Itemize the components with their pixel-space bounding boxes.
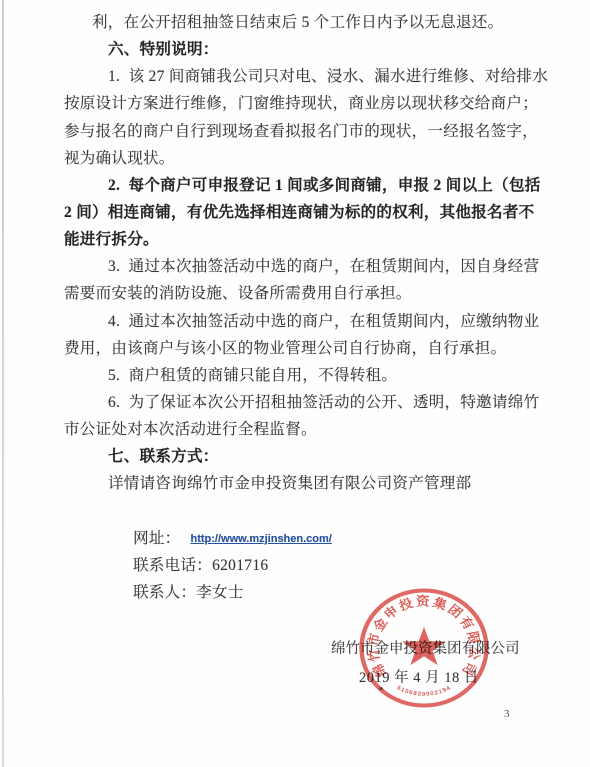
- item3-line: 3. 通过本次抽签活动中选的商户，在租赁期间内，因自身经营: [64, 253, 534, 280]
- document-page: 利，在公开招租抽签日结束后 5 个工作日内予以无息退还。 六、特别说明： 1. …: [0, 0, 590, 767]
- phone-number: 6201716: [212, 557, 268, 574]
- svg-text:5106839002194: 5106839002194: [396, 685, 453, 697]
- website-line: 网址：http://www.mzjinshen.com/: [64, 498, 534, 525]
- page-number: 3: [504, 708, 510, 720]
- item4-line: 4. 通过本次抽签活动中选的商户，在租赁期间内，应缴纳物业: [64, 308, 534, 335]
- item6-line: 市公证处对本次活动进行全程监督。: [64, 416, 534, 443]
- website-label: 网址：: [133, 530, 180, 547]
- item1-line: 1. 该 27 间商铺我公司只对电、浸水、漏水进行维修、对给排水: [64, 63, 534, 90]
- seal-serial-number: 5106839002194: [396, 685, 453, 697]
- website-link[interactable]: http://www.mzjinshen.com/: [190, 533, 331, 545]
- paragraph-line: 利，在公开招租抽签日结束后 5 个工作日内予以无息退还。: [64, 9, 534, 36]
- seal-star-icon: [402, 627, 446, 665]
- item5-line: 5. 商户租赁的商铺只能自用，不得转租。: [64, 362, 534, 389]
- item2-line: 2 间）相连商铺，有优先选择相连商铺为标的的权利，其他报名者不: [64, 199, 534, 226]
- item1-line: 按原设计方案进行维修，门窗维持现状，商业房以现状移交给商户；: [64, 90, 534, 117]
- person-label: 联系人：: [133, 584, 196, 601]
- phone-label: 联系电话：: [133, 557, 212, 574]
- scan-edge-artifact: [2, 0, 4, 767]
- section-heading-contact: 七、联系方式：: [64, 443, 534, 470]
- item2-line: 能进行拆分。: [64, 226, 534, 253]
- contact-intro-line: 详情请咨询绵竹市金申投资集团有限公司资产管理部: [64, 470, 534, 497]
- item4-line: 费用，由该商户与该小区的物业管理公司自行协商，自行承担。: [64, 335, 534, 362]
- document-body: 利，在公开招租抽签日结束后 5 个工作日内予以无息退还。 六、特别说明： 1. …: [64, 9, 534, 579]
- item1-line: 参与报名的商户自行到现场查看拟报名门市的现状，一经报名签字，: [64, 118, 534, 145]
- item2-line: 2. 每个商户可申报登记 1 间或多间商铺，申报 2 间以上（包括: [64, 172, 534, 199]
- item1-line: 视为确认现状。: [64, 145, 534, 172]
- person-name: 李女士: [196, 584, 243, 601]
- official-seal: 绵竹市金申投资集团有限公司 5106839002194: [344, 568, 504, 728]
- item6-line: 6. 为了保证本次公开招租抽签活动的公开、透明，特邀请绵竹: [64, 389, 534, 416]
- section-heading-special-notes: 六、特别说明：: [64, 36, 534, 63]
- item3-line: 需要而安装的消防设施、设备所需费用自行承担。: [64, 280, 534, 307]
